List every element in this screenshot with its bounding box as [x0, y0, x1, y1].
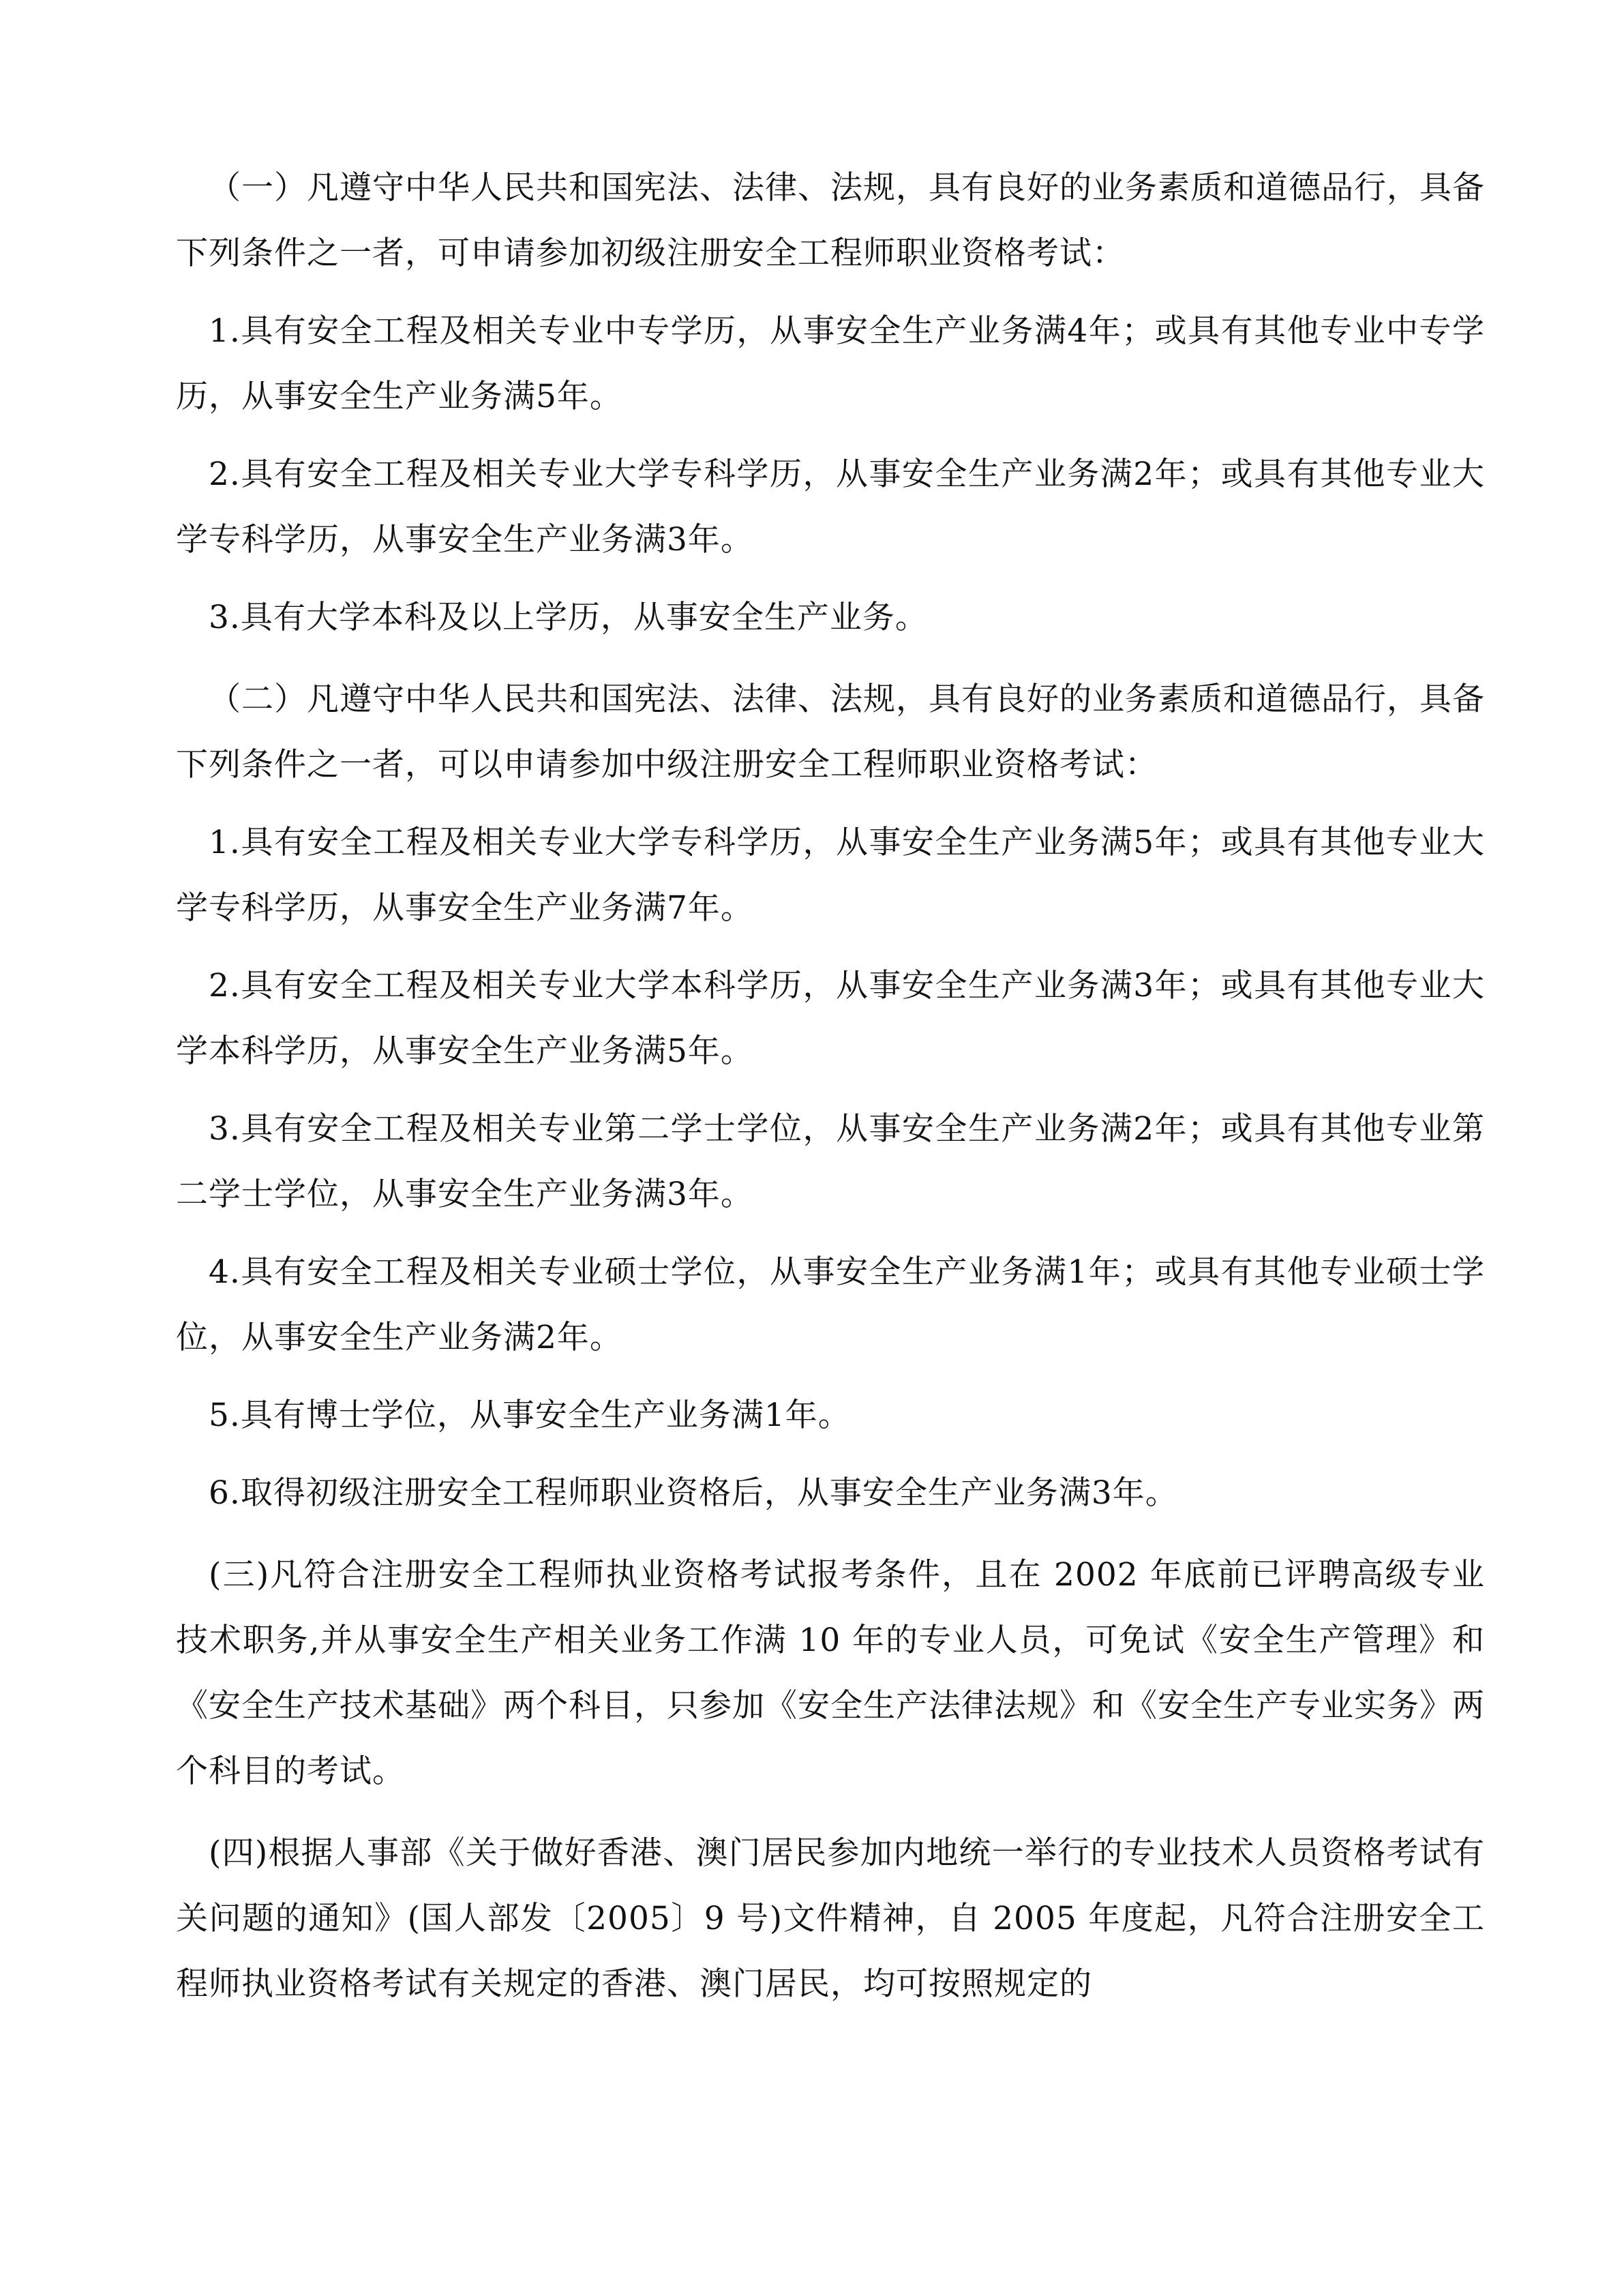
section-2-item-6: 6.取得初级注册安全工程师职业资格后，从事安全生产业务满3年。	[176, 1461, 1485, 1526]
section-4-paragraph: (四)根据人事部《关于做好香港、澳门居民参加内地统一举行的专业技术人员资格考试有…	[176, 1821, 1485, 2017]
section-1-item-2: 2.具有安全工程及相关专业大学专科学历，从事安全生产业务满2年；或具有其他专业大…	[176, 442, 1485, 573]
section-1-item-1: 1.具有安全工程及相关专业中专学历，从事安全生产业务满4年；或具有其他专业中专学…	[176, 299, 1485, 430]
section-3-paragraph: (三)凡符合注册安全工程师执业资格考试报考条件，且在 2002 年底前已评聘高级…	[176, 1542, 1485, 1804]
section-2-item-2: 2.具有安全工程及相关专业大学本科学历，从事安全生产业务满3年；或具有其他专业大…	[176, 953, 1485, 1084]
section-2-item-3: 3.具有安全工程及相关专业第二学士学位，从事安全生产业务满2年；或具有其他专业第…	[176, 1097, 1485, 1227]
section-2-item-1: 1.具有安全工程及相关专业大学专科学历，从事安全生产业务满5年；或具有其他专业大…	[176, 810, 1485, 941]
section-1-item-3: 3.具有大学本科及以上学历，从事安全生产业务。	[176, 585, 1485, 651]
section-2-item-4: 4.具有安全工程及相关专业硕士学位，从事安全生产业务满1年；或具有其他专业硕士学…	[176, 1240, 1485, 1371]
section-2-heading-paragraph: （二）凡遵守中华人民共和国宪法、法律、法规，具有良好的业务素质和道德品行，具备下…	[176, 667, 1485, 798]
section-2-item-5: 5.具有博士学位，从事安全生产业务满1年。	[176, 1383, 1485, 1448]
document-page: （一）凡遵守中华人民共和国宪法、法律、法规，具有良好的业务素质和道德品行，具备下…	[176, 155, 1485, 2017]
section-1-heading-paragraph: （一）凡遵守中华人民共和国宪法、法律、法规，具有良好的业务素质和道德品行，具备下…	[176, 155, 1485, 286]
